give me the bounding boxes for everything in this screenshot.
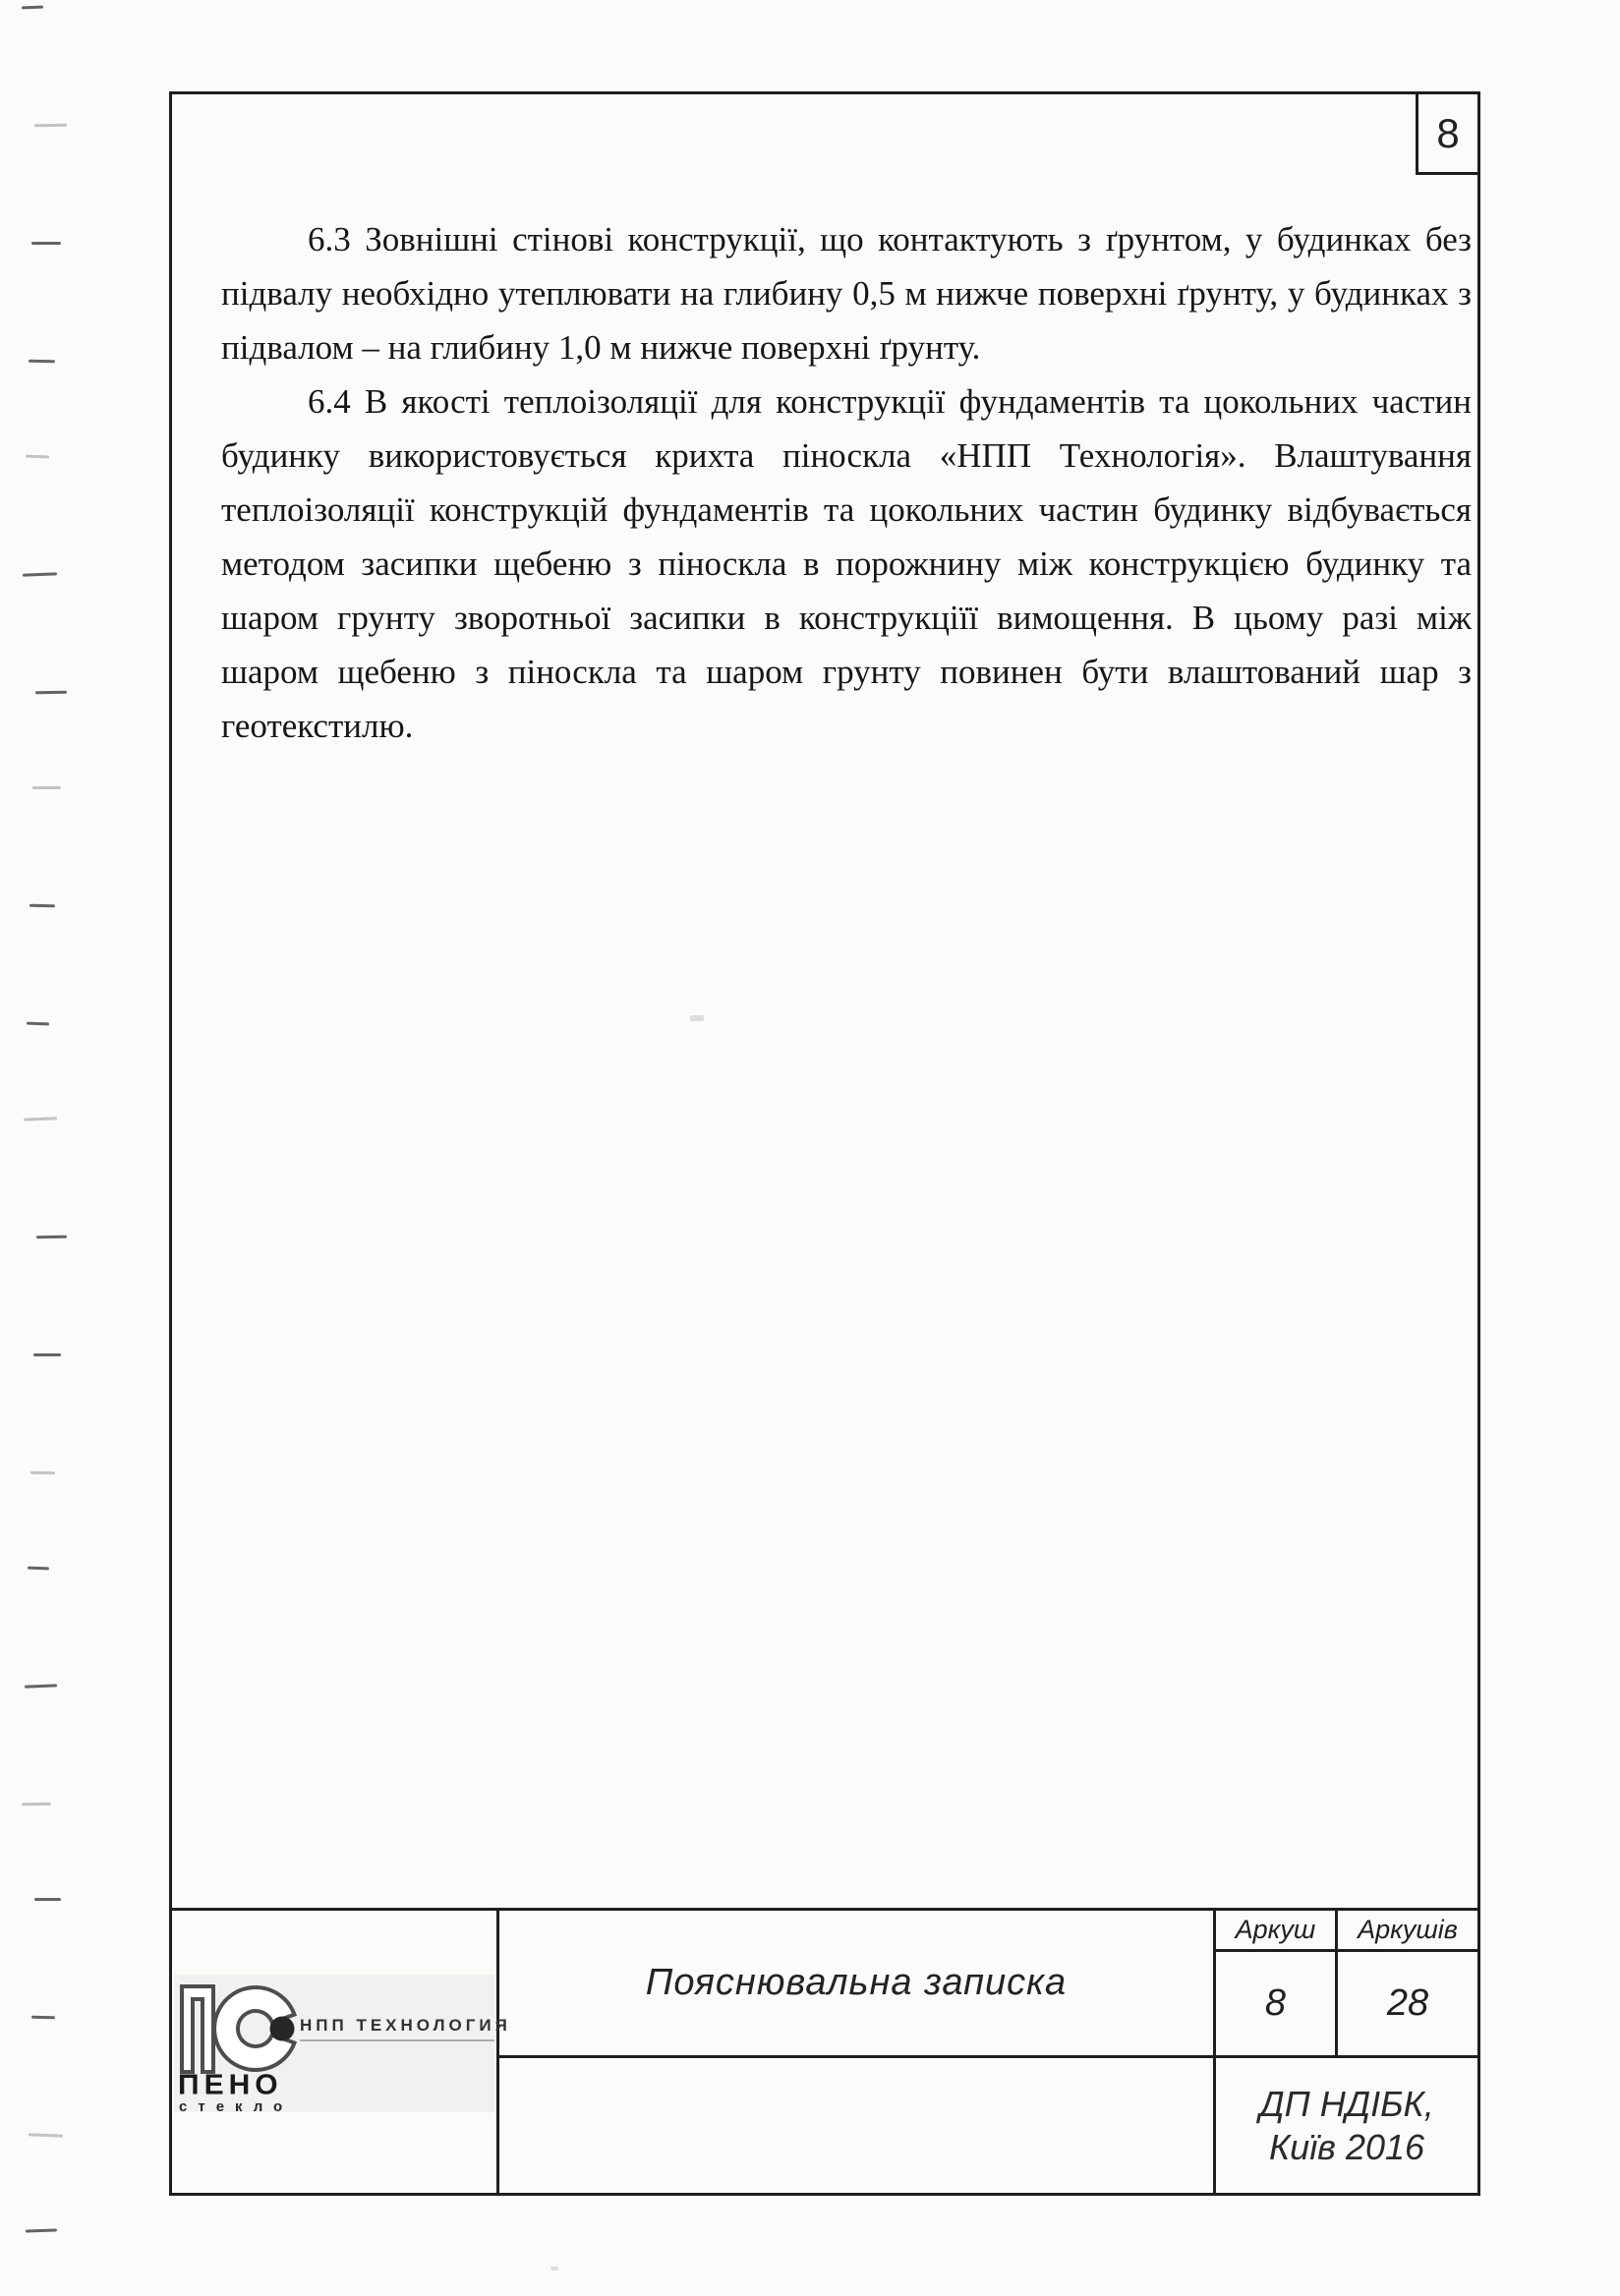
- paragraph-6-4: 6.4 В якості теплоізоляції для конструкц…: [221, 374, 1472, 753]
- logo-company-line: НПП ТЕХНОЛОГИЯ: [300, 2016, 511, 2036]
- binding-dash: [28, 1567, 49, 1571]
- binding-dash: [29, 2133, 63, 2137]
- sheet-column-header: Аркуш: [1216, 1911, 1335, 1949]
- binding-dash: [32, 786, 61, 789]
- paragraph-6-3: 6.3 Зовнішні стінові конструкції, що кон…: [221, 212, 1472, 374]
- binding-dash: [33, 1353, 61, 1356]
- binding-dash: [26, 2228, 57, 2232]
- binding-dash: [31, 2016, 55, 2019]
- organization-line1: ДП НДІБК,: [1259, 2083, 1433, 2126]
- sheets-total-value: 28: [1338, 1952, 1477, 2055]
- binding-dash: [29, 904, 55, 907]
- document-title: Пояснювальна записка: [499, 1911, 1213, 2055]
- binding-dash: [23, 572, 57, 576]
- binding-dash: [25, 1684, 57, 1688]
- company-logo: НПП ТЕХНОЛОГИЯ ПЕНО стекло: [172, 1911, 496, 2193]
- document-body: 6.3 Зовнішні стінові конструкції, що кон…: [221, 212, 1472, 753]
- binding-dash: [26, 455, 49, 459]
- sheet-number-value: 8: [1216, 1952, 1335, 2055]
- binding-dash: [30, 1471, 55, 1474]
- scanned-document-page: 8 6.3 Зовнішні стінові конструкції, що к…: [0, 0, 1620, 2296]
- binding-dash: [31, 242, 61, 245]
- logo-brand-top: ПЕНО: [178, 2070, 283, 2101]
- logo-sticker: НПП ТЕХНОЛОГИЯ ПЕНО стекло: [174, 1975, 494, 2112]
- binding-dash: [22, 6, 43, 10]
- page-number: 8: [1436, 110, 1459, 157]
- page-number-box: 8: [1416, 91, 1480, 175]
- drawing-frame: 8 6.3 Зовнішні стінові конструкції, що к…: [169, 91, 1480, 2196]
- scan-artifact: [550, 2267, 558, 2270]
- sheets-column-header: Аркушів: [1338, 1911, 1477, 1949]
- title-block: Пояснювальна записка Аркуш Аркушів 8 28 …: [172, 1908, 1477, 2193]
- binding-dash: [22, 1803, 51, 1807]
- binding-dash: [34, 1898, 61, 1901]
- logo-brand-bottom: стекло: [179, 2098, 293, 2115]
- binding-dash: [24, 1117, 57, 1120]
- logo-underline: [300, 2039, 494, 2041]
- binding-dash: [36, 1235, 67, 1239]
- logo-dot-icon: [270, 2017, 295, 2041]
- binding-dash: [27, 1022, 49, 1026]
- organization-line2: Київ 2016: [1269, 2126, 1424, 2169]
- binding-dash: [34, 124, 67, 128]
- binding-dash: [29, 360, 55, 364]
- binding-dash: [35, 691, 67, 695]
- organization-cell: ДП НДІБК, Київ 2016: [1216, 2058, 1477, 2193]
